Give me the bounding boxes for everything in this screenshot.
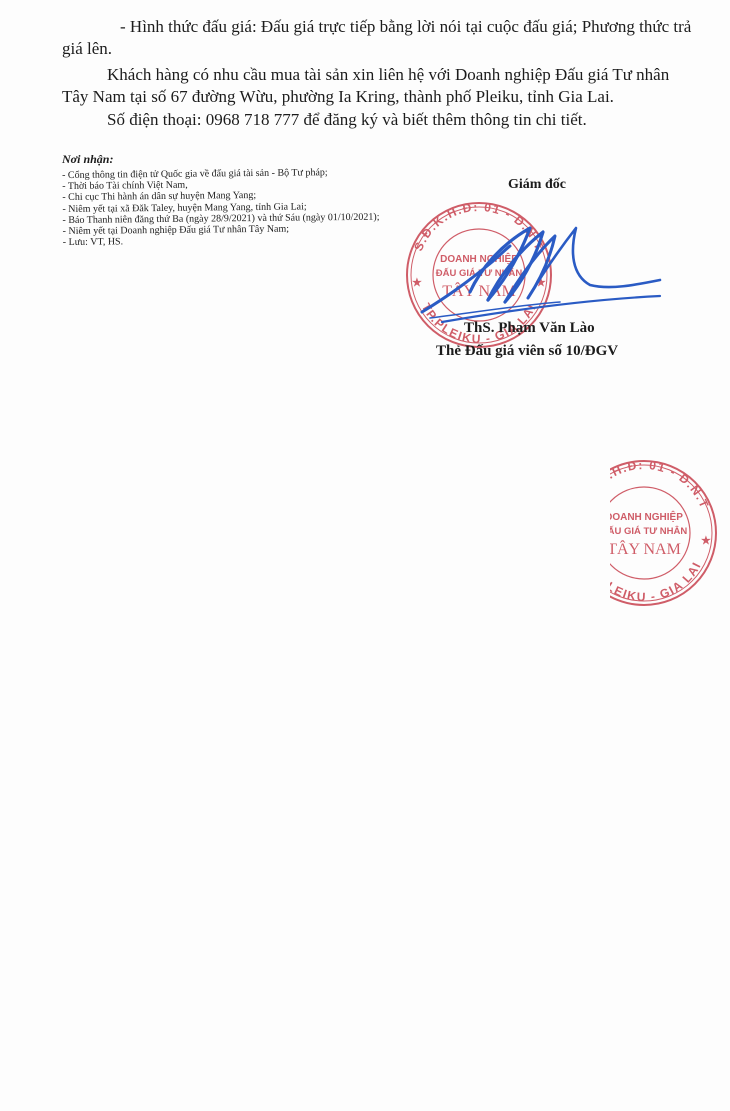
svg-text:DOANH NGHIỆP: DOANH NGHIỆP bbox=[605, 510, 683, 523]
svg-text:S.Đ.K.H.Đ: 01 - D.N.T: S.Đ.K.H.Đ: 01 - D.N.T bbox=[576, 458, 712, 511]
svg-text:S.Đ.K.H.Đ: 01 - D.N.T: S.Đ.K.H.Đ: 01 - D.N.T bbox=[411, 200, 547, 253]
auction-form-line: - Hình thức đấu giá: Đấu giá trực tiếp b… bbox=[120, 16, 691, 38]
svg-text:TÂY NAM: TÂY NAM bbox=[607, 539, 681, 558]
signer-name: ThS. Phạm Văn Lào bbox=[464, 320, 595, 337]
recipient-item: - Lưu: VT, HS. bbox=[63, 234, 380, 249]
signer-title: Giám đốc bbox=[508, 177, 566, 193]
signer-certificate: Thẻ Đấu giá viên số 10/ĐGV bbox=[436, 343, 618, 360]
contact-paragraph: Khách hàng có nhu cầu mua tài sản xin li… bbox=[107, 64, 669, 86]
svg-text:TP.PLEIKU - GIA LAI: TP.PLEIKU - GIA LAI bbox=[584, 559, 704, 604]
recipients-list: - Cổng thông tin điện tử Quốc gia về đấu… bbox=[62, 167, 380, 249]
svg-text:DOANH NGHIỆP: DOANH NGHIỆP bbox=[440, 252, 518, 265]
svg-text:★: ★ bbox=[536, 277, 546, 289]
partial-stamp-icon: S.Đ.K.H.Đ: 01 - D.N.T TP.PLEIKU - GIA LA… bbox=[572, 458, 716, 605]
svg-text:★: ★ bbox=[412, 277, 422, 289]
contact-phone: Số điện thoại: 0968 718 777 để đăng ký v… bbox=[107, 109, 587, 131]
svg-text:ĐẤU GIÁ TƯ NHÂN: ĐẤU GIÁ TƯ NHÂN bbox=[601, 525, 688, 537]
svg-text:TÂY NAM: TÂY NAM bbox=[442, 281, 516, 300]
auction-form-line-cont: giá lên. bbox=[62, 38, 112, 60]
svg-text:ĐẤU GIÁ TƯ NHÂN: ĐẤU GIÁ TƯ NHÂN bbox=[436, 267, 523, 279]
svg-text:★: ★ bbox=[701, 535, 711, 547]
contact-address: Tây Nam tại số 67 đường Wừu, phường Ia K… bbox=[62, 86, 614, 108]
recipients-heading: Nơi nhận: bbox=[62, 152, 113, 167]
signature-icon bbox=[422, 228, 660, 322]
